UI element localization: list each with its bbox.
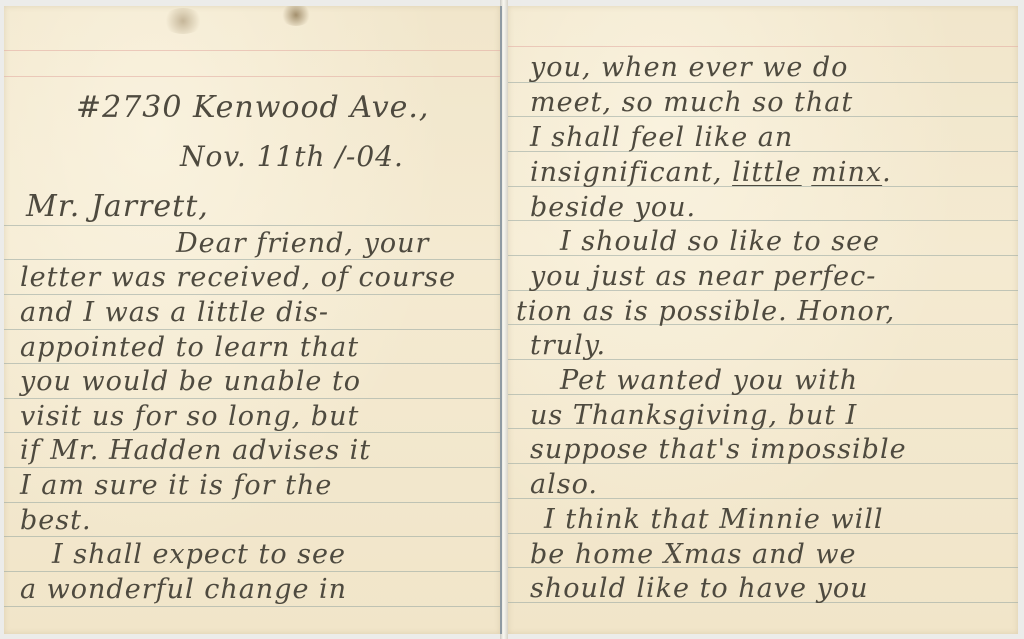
letter-line: I shall expect to see [52, 539, 346, 570]
rule-line [4, 363, 500, 364]
letter-line: Dear friend, your [176, 228, 429, 259]
letter-line: Pet wanted you with [560, 365, 858, 396]
letter-line: you, when ever we do [530, 52, 848, 83]
letter-line: tion as is possible. Honor, [516, 296, 895, 327]
header-rule-line [4, 76, 500, 77]
letter-line: should like to have you [530, 573, 868, 604]
letter-address: #2730 Kenwood Ave., [76, 90, 429, 125]
letter-line: us Thanksgiving, but I [530, 400, 857, 431]
letter-line: you just as near perfec- [530, 261, 876, 292]
letter-line: visit us for so long, but [20, 401, 359, 432]
letter-line: be home Xmas and we [530, 539, 856, 570]
rule-line [4, 225, 500, 226]
underlined-word: minx [811, 157, 882, 188]
header-rule-line [4, 50, 500, 51]
rule-line [4, 502, 500, 503]
letter-line: if Mr. Hadden advises it [20, 435, 371, 466]
rule-line [4, 398, 500, 399]
letter-line: insignificant, little minx. [530, 157, 892, 188]
letter-line: I am sure it is for the [20, 470, 332, 501]
paper-stain [162, 8, 204, 34]
letter-line: you would be unable to [20, 366, 361, 397]
rule-line [4, 294, 500, 295]
letter-line: I shall feel like an [530, 122, 793, 153]
underlined-word: little [732, 157, 802, 188]
letter-line: a wonderful change in [20, 574, 347, 605]
rule-line [4, 571, 500, 572]
text-insignificant: insignificant, [530, 157, 732, 188]
letter-date: Nov. 11th /-04. [180, 140, 404, 173]
letter-line: appointed to learn that [20, 332, 359, 363]
rule-line [4, 259, 500, 260]
letter-line: also. [530, 469, 598, 500]
letter-line: and I was a little dis- [20, 297, 329, 328]
paper-stain [280, 6, 312, 26]
letter-line: beside you. [530, 192, 696, 223]
rule-line [4, 432, 500, 433]
letter-line: suppose that's impossible [530, 434, 907, 465]
letter-line: I think that Minnie will [544, 504, 884, 535]
letter-line: I should so like to see [560, 226, 880, 257]
letter-line: meet, so much so that [530, 87, 853, 118]
letter-page-right: you, when ever we do meet, so much so th… [508, 6, 1018, 634]
letter-page-left: #2730 Kenwood Ave., Nov. 11th /-04. Mr. … [4, 6, 502, 634]
letter-line: best. [20, 505, 92, 536]
letter-line: truly. [530, 330, 606, 361]
rule-line [4, 606, 500, 607]
letter-line: letter was received, of course [20, 262, 456, 293]
letter-salutation: Mr. Jarrett, [26, 189, 209, 224]
header-rule-line [508, 46, 1018, 47]
rule-line [4, 329, 500, 330]
rule-line [4, 536, 500, 537]
rule-line [4, 467, 500, 468]
